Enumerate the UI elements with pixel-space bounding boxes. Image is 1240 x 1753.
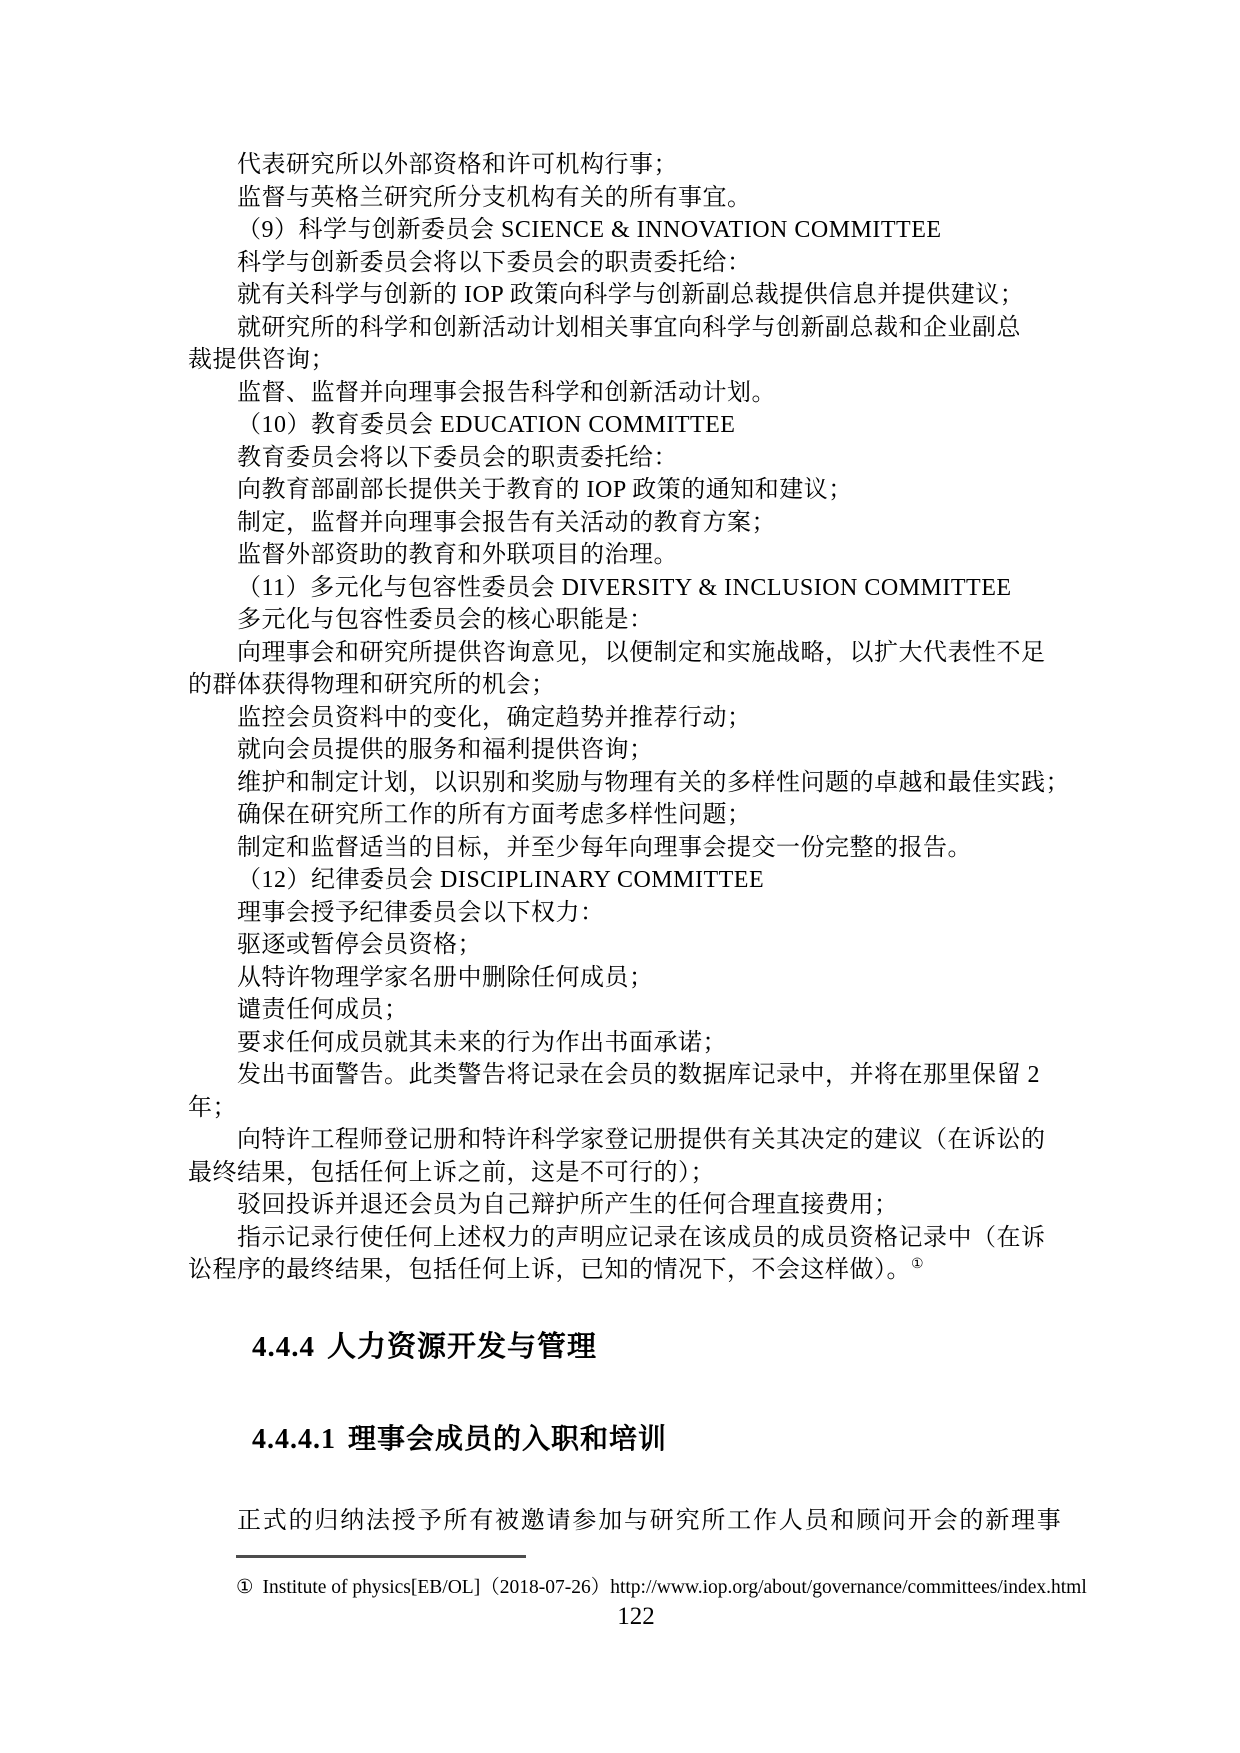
body-line: 向理事会和研究所提供咨询意见，以便制定和实施战略，以扩大代表性不足	[188, 637, 1072, 670]
body-line: 指示记录行使任何上述权力的声明应记录在该成员的成员资格记录中（在诉	[188, 1222, 1072, 1255]
heading-title: 人力资源开发与管理	[327, 1331, 597, 1363]
body-line: 向特许工程师登记册和特许科学家登记册提供有关其决定的建议（在诉讼的	[188, 1124, 1072, 1157]
body-line: 谴责任何成员；	[188, 994, 1072, 1027]
body-line: 要求任何成员就其未来的行为作出书面承诺；	[188, 1027, 1072, 1060]
body-line: 制定和监督适当的目标，并至少每年向理事会提交一份完整的报告。	[188, 832, 1072, 865]
body-line: 就有关科学与创新的 IOP 政策向科学与创新副总裁提供信息并提供建议；	[188, 279, 1072, 312]
body-line: 的群体获得物理和研究所的机会；	[188, 669, 1072, 702]
body-line: 就向会员提供的服务和福利提供咨询；	[188, 734, 1072, 767]
heading-number: 4.4.4.1	[252, 1424, 336, 1455]
body-line: 驱逐或暂停会员资格；	[188, 929, 1072, 962]
intro-paragraph: 正式的归纳法授予所有被邀请参加与研究所工作人员和顾问开会的新理事	[188, 1505, 1072, 1537]
footnote-text: Institute of physics[EB/OL]（2018-07-26）h…	[262, 1577, 1086, 1598]
body-text: 代表研究所以外部资格和许可机构行事；监督与英格兰研究所分支机构有关的所有事宜。（…	[188, 149, 1072, 1287]
body-line: 监控会员资料中的变化，确定趋势并推荐行动；	[188, 702, 1072, 735]
body-line: 年；	[188, 1092, 1072, 1125]
body-line: 最终结果，包括任何上诉之前，这是不可行的）；	[188, 1157, 1072, 1190]
body-line: 确保在研究所工作的所有方面考虑多样性问题；	[188, 799, 1072, 832]
body-line: 制定，监督并向理事会报告有关活动的教育方案；	[188, 507, 1072, 540]
body-line: 多元化与包容性委员会的核心职能是：	[188, 604, 1072, 637]
body-line: 监督与英格兰研究所分支机构有关的所有事宜。	[188, 182, 1072, 215]
heading-4-4-4-1: 4.4.4.1理事会成员的入职和培训	[252, 1425, 1072, 1455]
footnote: ①Institute of physics[EB/OL]（2018-07-26）…	[236, 1574, 1072, 1601]
body-line: 发出书面警告。此类警告将记录在会员的数据库记录中，并将在那里保留 2	[188, 1059, 1072, 1092]
footnote-separator	[236, 1555, 526, 1558]
body-line: （10）教育委员会 EDUCATION COMMITTEE	[188, 409, 1072, 442]
body-line: 监督外部资助的教育和外联项目的治理。	[188, 539, 1072, 572]
body-line: 从特许物理学家名册中删除任何成员；	[188, 962, 1072, 995]
footnote-marker: ①	[236, 1577, 253, 1598]
heading-number: 4.4.4	[252, 1331, 315, 1363]
body-line: 讼程序的最终结果，包括任何上诉，已知的情况下，不会这样做）。①	[188, 1254, 1072, 1287]
body-line: 代表研究所以外部资格和许可机构行事；	[188, 149, 1072, 182]
body-line: （9）科学与创新委员会 SCIENCE & INNOVATION COMMITT…	[188, 214, 1072, 247]
body-line: 裁提供咨询；	[188, 344, 1072, 377]
page-number: 122	[617, 1603, 655, 1631]
body-line: 科学与创新委员会将以下委员会的职责委托给：	[188, 247, 1072, 280]
page: 代表研究所以外部资格和许可机构行事；监督与英格兰研究所分支机构有关的所有事宜。（…	[0, 0, 1240, 1753]
body-line: 驳回投诉并退还会员为自己辩护所产生的任何合理直接费用；	[188, 1189, 1072, 1222]
body-line: 维护和制定计划，以识别和奖励与物理有关的多样性问题的卓越和最佳实践；	[188, 767, 1072, 800]
body-line: 教育委员会将以下委员会的职责委托给：	[188, 442, 1072, 475]
heading-4-4-4: 4.4.4人力资源开发与管理	[252, 1331, 1072, 1363]
heading-title: 理事会成员的入职和培训	[348, 1424, 667, 1455]
document-content: 代表研究所以外部资格和许可机构行事；监督与英格兰研究所分支机构有关的所有事宜。（…	[188, 149, 1072, 1601]
body-line: （12）纪律委员会 DISCIPLINARY COMMITTEE	[188, 864, 1072, 897]
body-line: （11）多元化与包容性委员会 DIVERSITY & INCLUSION COM…	[188, 572, 1072, 605]
footnote-ref-superscript: ①	[911, 1257, 924, 1272]
body-line: 监督、监督并向理事会报告科学和创新活动计划。	[188, 377, 1072, 410]
body-line: 理事会授予纪律委员会以下权力：	[188, 897, 1072, 930]
body-line: 向教育部副部长提供关于教育的 IOP 政策的通知和建议；	[188, 474, 1072, 507]
body-line: 就研究所的科学和创新活动计划相关事宜向科学与创新副总裁和企业副总	[188, 312, 1072, 345]
